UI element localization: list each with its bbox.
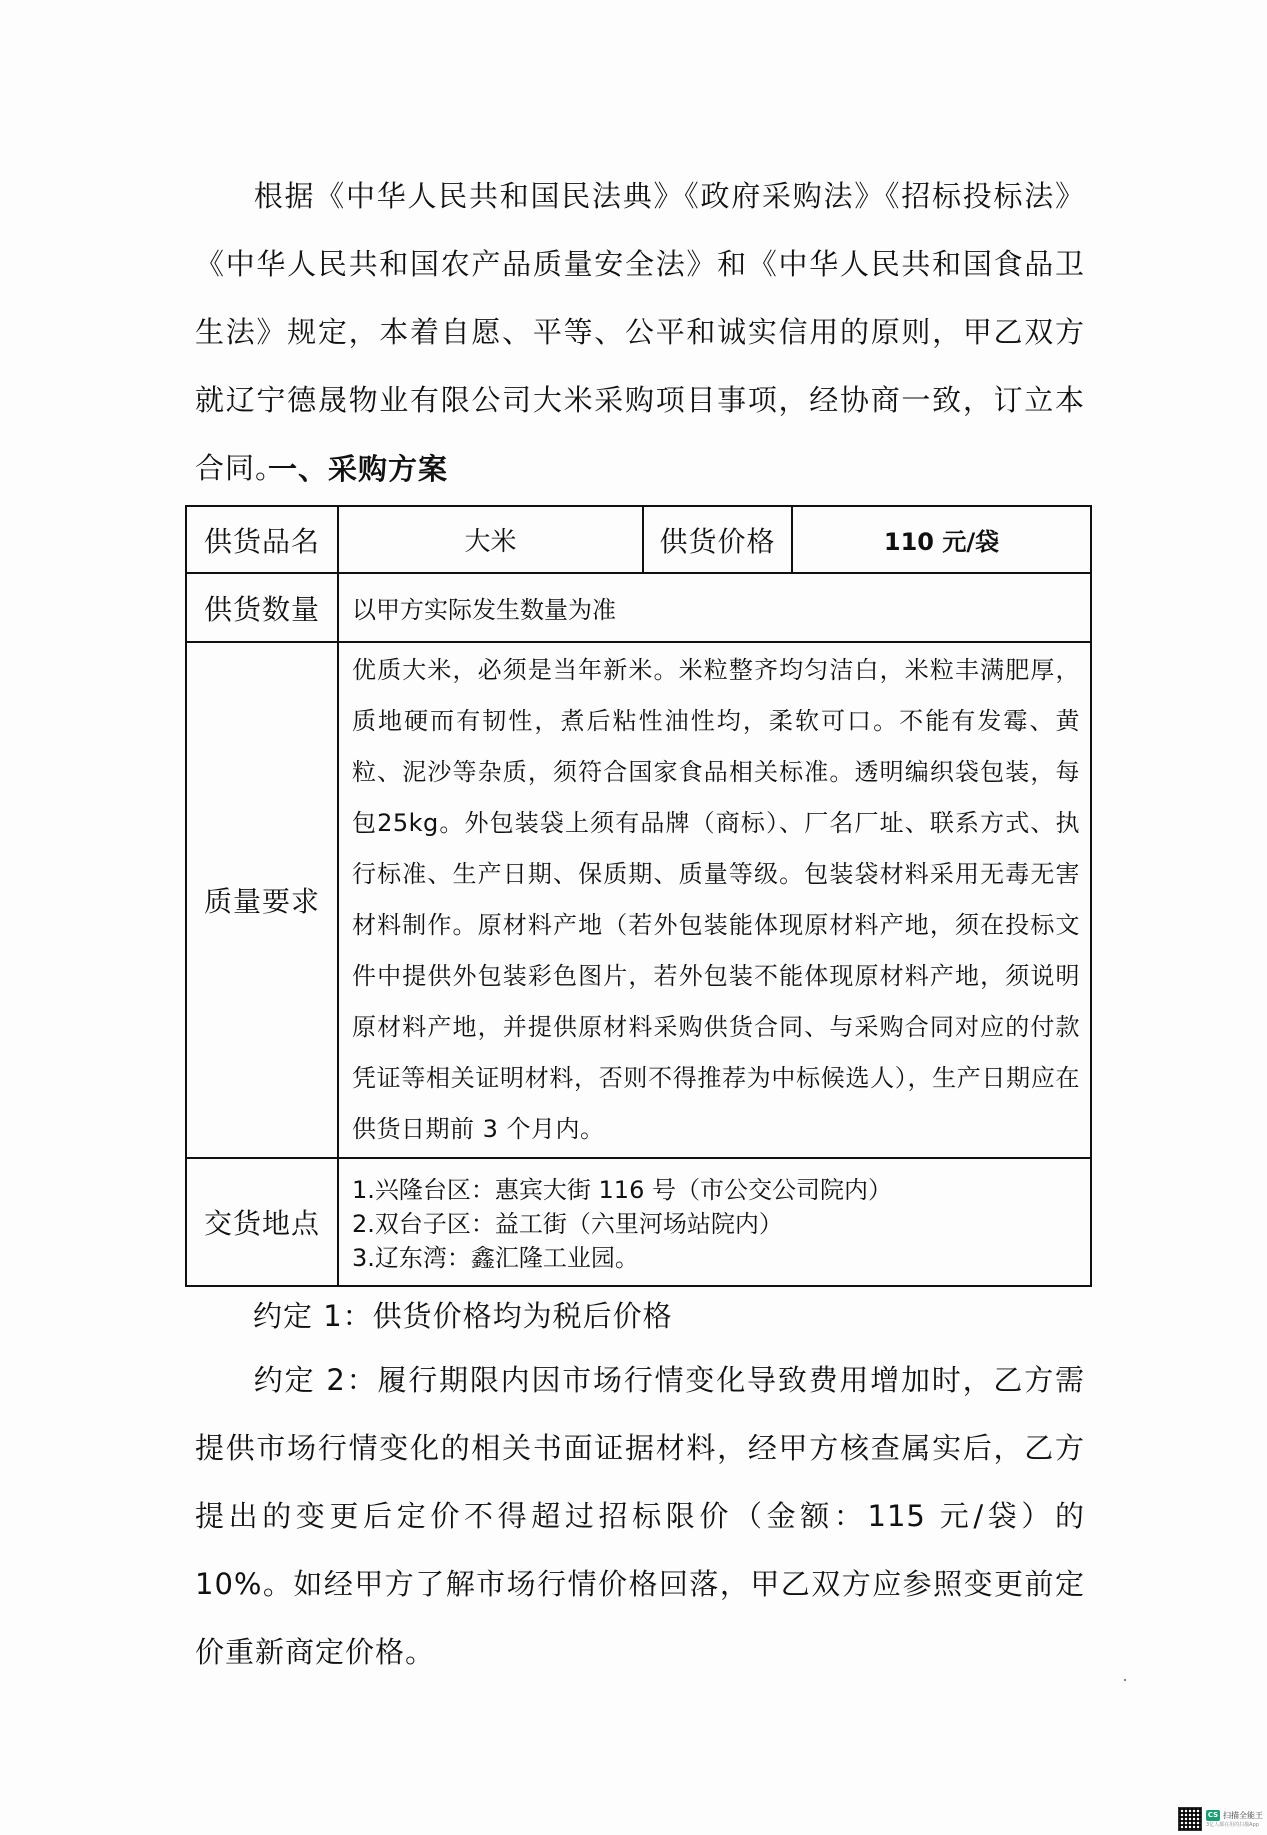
quantity-value: 以甲方实际发生数量为准 [338,573,1091,642]
scanned-document-page: 根据《中华人民共和国民法典》《政府采购法》《招标投标法》《中华人民共和国农产品质… [0,0,1267,1835]
quality-label: 质量要求 [186,642,338,1158]
watermark-app-name: 扫描全能王 [1223,1811,1263,1821]
qr-code-icon [1178,1807,1202,1831]
table-row-quantity: 供货数量 以甲方实际发生数量为准 [186,573,1091,642]
watermark-subtitle: 3亿人都在用的扫描App [1206,1821,1263,1828]
quality-value: 优质大米，必须是当年新米。米粒整齐均匀洁白，米粒丰满肥厚，质地硬而有韧性，煮后粘… [338,642,1091,1158]
procurement-table: 供货品名 大米 供货价格 110 元/袋 供货数量 以甲方实际发生数量为准 质量… [185,505,1092,1287]
agreement-2-text: 约定 2：履行期限内因市场行情变化导致费用增加时，乙方需提供市场行情变化的相关书… [195,1363,1085,1669]
table-row-product: 供货品名 大米 供货价格 110 元/袋 [186,506,1091,573]
quantity-label: 供货数量 [186,573,338,642]
product-name-value: 大米 [338,506,643,573]
agreement-1-text: 约定 1：供货价格均为税后价格 [253,1299,673,1333]
delivery-locations: 1.兴隆台区：惠宾大街 116 号（市公交公司院内） 2.双台子区：益工街（六里… [338,1158,1091,1286]
agreement-1: 约定 1：供货价格均为税后价格 [195,1282,1085,1350]
agreement-2: 约定 2：履行期限内因市场行情变化导致费用增加时，乙方需提供市场行情变化的相关书… [195,1346,1085,1686]
delivery-location-item: 3.辽东湾：鑫汇隆工业园。 [352,1241,1080,1275]
intro-text: 根据《中华人民共和国民法典》《政府采购法》《招标投标法》《中华人民共和国农产品质… [195,179,1085,485]
delivery-label: 交货地点 [186,1158,338,1286]
delivery-location-item: 2.双台子区：益工街（六里河场站院内） [352,1207,1080,1241]
camscanner-watermark: CS 扫描全能王 3亿人都在用的扫描App [1178,1807,1263,1831]
cs-logo-icon: CS [1206,1810,1220,1821]
scan-speck [1124,1679,1126,1681]
price-label: 供货价格 [643,506,792,573]
table-row-delivery: 交货地点 1.兴隆台区：惠宾大街 116 号（市公交公司院内） 2.双台子区：益… [186,1158,1091,1286]
price-value: 110 元/袋 [792,506,1091,573]
section-heading: 一、采购方案 [268,447,448,488]
delivery-location-item: 1.兴隆台区：惠宾大街 116 号（市公交公司院内） [352,1173,1080,1207]
table-row-quality: 质量要求 优质大米，必须是当年新米。米粒整齐均匀洁白，米粒丰满肥厚，质地硬而有韧… [186,642,1091,1158]
watermark-brand: CS 扫描全能王 3亿人都在用的扫描App [1206,1810,1263,1828]
product-name-label: 供货品名 [186,506,338,573]
